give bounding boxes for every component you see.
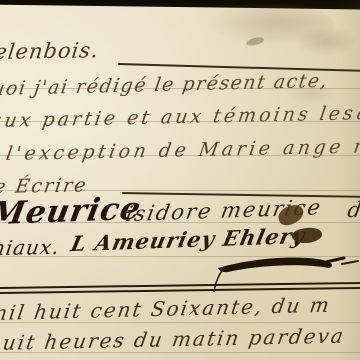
paper-stain bbox=[245, 36, 264, 47]
manuscript-line: aux partie et aux témoins lesq bbox=[0, 102, 360, 132]
paper-shading bbox=[336, 0, 360, 360]
manuscript-line: elenbois. bbox=[0, 38, 100, 64]
signature-niaux: niaux. bbox=[0, 235, 62, 260]
manuscript-line: uoi j'ai rédigé le présent acte, bbox=[0, 70, 330, 100]
signature-meurice: Meurice bbox=[0, 191, 144, 232]
ink-rule-2 bbox=[122, 192, 360, 198]
manuscript-photo: elenbois. uoi j'ai rédigé le présent act… bbox=[0, 0, 360, 360]
manuscript-line: mil huit cent Soixante, du m bbox=[0, 293, 333, 325]
manuscript-line: huit heures du matin pardeva bbox=[0, 324, 347, 356]
paper-stain bbox=[205, 4, 335, 46]
photo-edge-band bbox=[0, 0, 360, 10]
manuscript-line: l'exception de Marie ange n bbox=[5, 135, 360, 165]
